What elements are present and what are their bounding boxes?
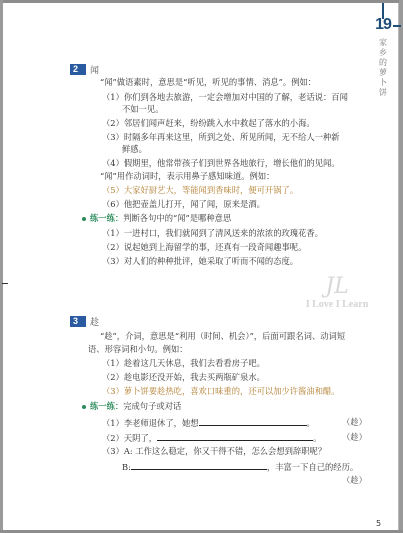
practice-heading: 练一练： 判断各句中的“闻”是哪种意思 (82, 213, 231, 224)
answer-blank[interactable] (199, 417, 307, 426)
section-number-badge: 2 (70, 64, 86, 75)
section-2-intro: “闻”做语素时，意思是“听见，听见的事情、消息”。例如： (100, 77, 316, 88)
practice-item: （3）对人们的种种批评，她采取了听而不闻的态度。 (102, 256, 298, 267)
hint: （趁） (342, 475, 367, 486)
fill-in-item: （1）李老师退休了，她想。 (102, 417, 315, 429)
fill-in-suffix: 。 (313, 433, 321, 443)
fill-in-prefix: （1）李老师退休了，她想 (102, 418, 199, 428)
hint: （趁） (342, 417, 367, 428)
practice-item: （2）说起她到上海留学的事，还真有一段奇闻趣事呢。 (102, 242, 306, 253)
practice-label: 练一练： (90, 213, 123, 224)
fill-in-suffix: ，丰富一下自己的经历。 (267, 462, 358, 472)
section-keyword: 趁 (90, 315, 99, 328)
watermark: JL I Love I Learn (292, 275, 382, 311)
practice-label: 练一练： (90, 401, 123, 412)
fill-in-item: B:，丰富一下自己的经历。 (122, 461, 358, 473)
fill-in-prefix: （2）天阴了， (102, 433, 157, 443)
example-line: （1）你们到各地去旅游，一定会增加对中国的了解，老话说：百闻 (102, 92, 348, 103)
example-line: 不如一见。 (122, 104, 164, 115)
example-line: （1）趁着这几天休息，我们去看看房子吧。 (102, 358, 265, 369)
practice-item: （1）一进村口，我们就闻到了清风送来的浓浓的玫瑰花香。 (102, 228, 323, 239)
practice-instruction: 完成句子或对话 (123, 401, 181, 412)
watermark-monogram: JL (292, 275, 382, 299)
answer-blank[interactable] (131, 461, 267, 470)
example-line: （2）趁电影还没开始，我去买两瓶矿泉水。 (102, 372, 265, 383)
practice-heading: 练一练： 完成句子或对话 (82, 401, 181, 412)
answer-blank[interactable] (157, 432, 313, 441)
practice-instruction: 判断各句中的“闻”是哪种意思 (123, 213, 231, 224)
hint: （趁） (342, 432, 367, 443)
fill-in-prefix: B: (122, 462, 131, 472)
section-3-heading: 3 趁 (70, 315, 99, 328)
example-line: （6）他把壶盖儿打开，闻了闻，原来是酒。 (102, 199, 265, 210)
margin-tick (2, 283, 8, 284)
example-line-highlighted: （3）萝卜饼要趁热吃，喜欢口味重的，还可以加少许酱油和醋。 (102, 386, 340, 397)
example-line: （3）时隔多年再来这里，所到之处、所见所闻，无不给人一种新 (102, 132, 340, 143)
fill-in-suffix: 。 (307, 418, 315, 428)
watermark-text: I Love I Learn (292, 299, 382, 311)
page-number: 5 (376, 519, 381, 528)
bullet-icon (82, 405, 86, 409)
section-2-heading: 2 闻 (70, 63, 99, 76)
section-3-intro: 语、形容词和小句。例如： (88, 344, 188, 355)
page-edge-right (399, 0, 403, 533)
dialogue-line: （3）A: 工作这么稳定，你又干得不错，怎么会想到辞职呢？ (102, 446, 326, 457)
section-3-intro: “趁”，介词，意思是“利用（时间、机会）”，后面可跟名词、动词短 (100, 331, 345, 342)
chapter-title-vertical: 家乡的萝卜饼 (378, 38, 388, 98)
chapter-number: 19 (373, 16, 393, 34)
chapter-marker-line-horizontal (393, 25, 401, 27)
section-keyword: 闻 (90, 63, 99, 76)
fill-in-item: （2）天阴了，。 (102, 432, 321, 444)
example-line: （4）假期里，他常带孩子们到世界各地旅行，增长他们的见闻。 (102, 158, 340, 169)
example-line-highlighted: （5）大家好厨艺大，等能闻到香味时，便可开锅了。 (102, 185, 298, 196)
bullet-icon (82, 217, 86, 221)
example-line: （2）邻居们闻声赶来，纷纷跳入水中救起了落水的小海。 (102, 118, 315, 129)
section-number-badge: 3 (70, 316, 86, 327)
section-2-verb-intro: “闻”用作动词时，表示用鼻子感知味道。例如： (100, 171, 274, 182)
example-line: 鲜感。 (122, 144, 147, 155)
